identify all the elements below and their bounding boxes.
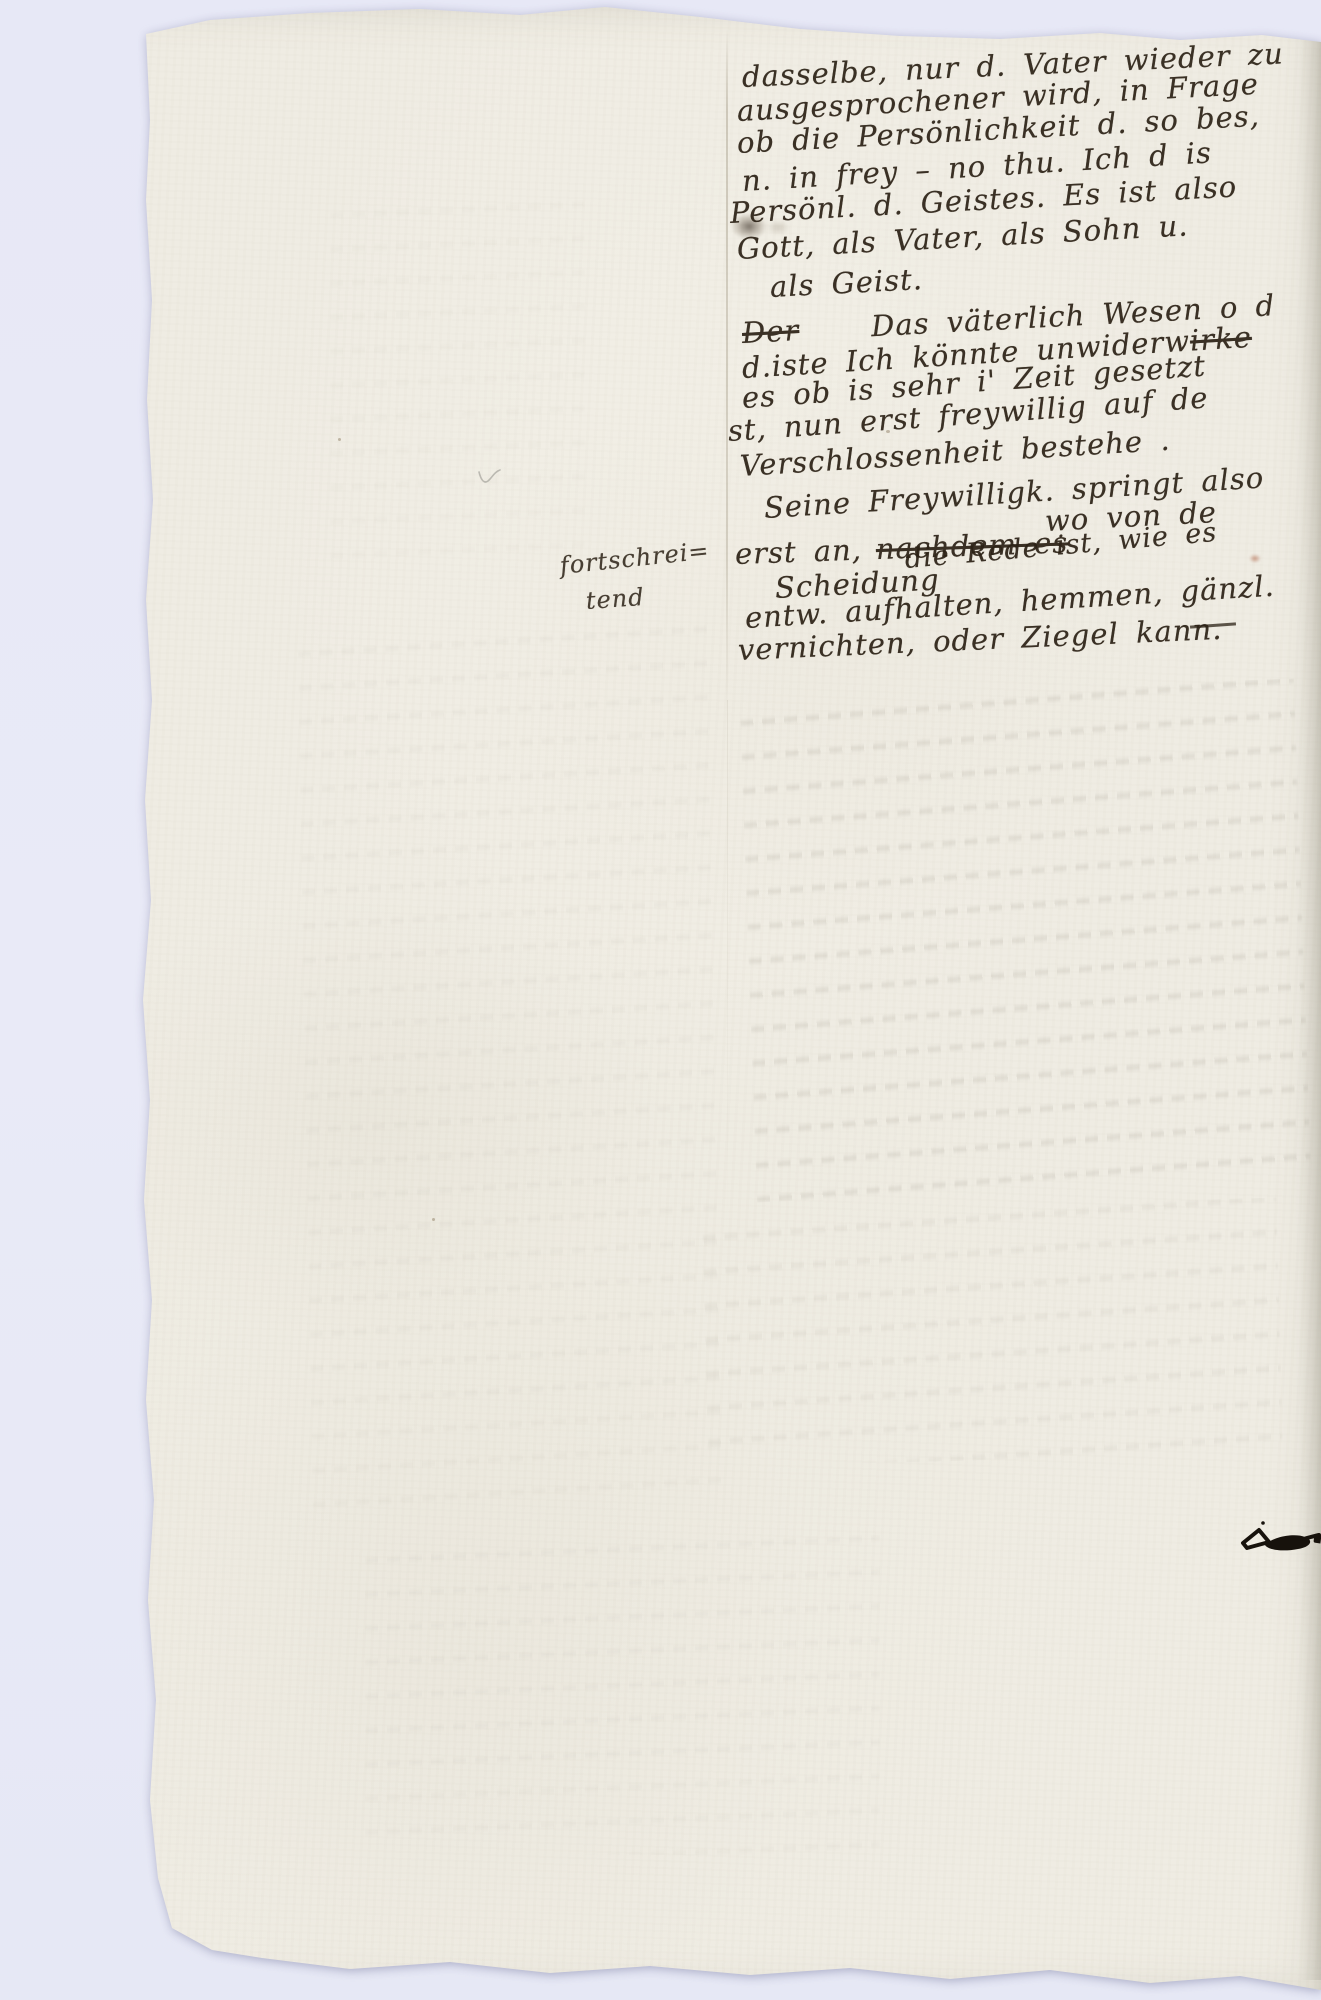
rust-speck — [1249, 554, 1261, 563]
handwriting-segment: erst an, — [734, 533, 862, 571]
paper-speck — [432, 1218, 435, 1221]
bleed-through-text — [330, 190, 585, 560]
scanned-page-background: dasselbe, nur d. Vater wieder zu ausgesp… — [0, 0, 1321, 2000]
bleed-through-text — [702, 1198, 1283, 1468]
margin-note-line: fortschrei= — [559, 538, 711, 579]
bleed-through-text — [365, 1535, 880, 1855]
handwriting-line: als Geist. — [769, 264, 923, 302]
fold-crease-lower — [727, 700, 728, 1220]
paper-shadow-wrap: dasselbe, nur d. Vater wieder zu ausgesp… — [0, 0, 1321, 2000]
bleed-through-text — [297, 621, 727, 1518]
fold-crease — [726, 28, 728, 708]
ink-blot — [1238, 1516, 1321, 1564]
margin-note-line: tend — [585, 585, 645, 614]
pencil-squiggle — [476, 464, 516, 490]
paper-speck — [338, 438, 341, 441]
struck-word: Der — [741, 313, 800, 350]
bleed-through-text — [739, 678, 1311, 1202]
paper-edge-right — [1299, 30, 1321, 1980]
ink-blot-edge-mark — [1313, 1534, 1321, 1544]
manuscript-page: dasselbe, nur d. Vater wieder zu ausgesp… — [0, 0, 1321, 2000]
